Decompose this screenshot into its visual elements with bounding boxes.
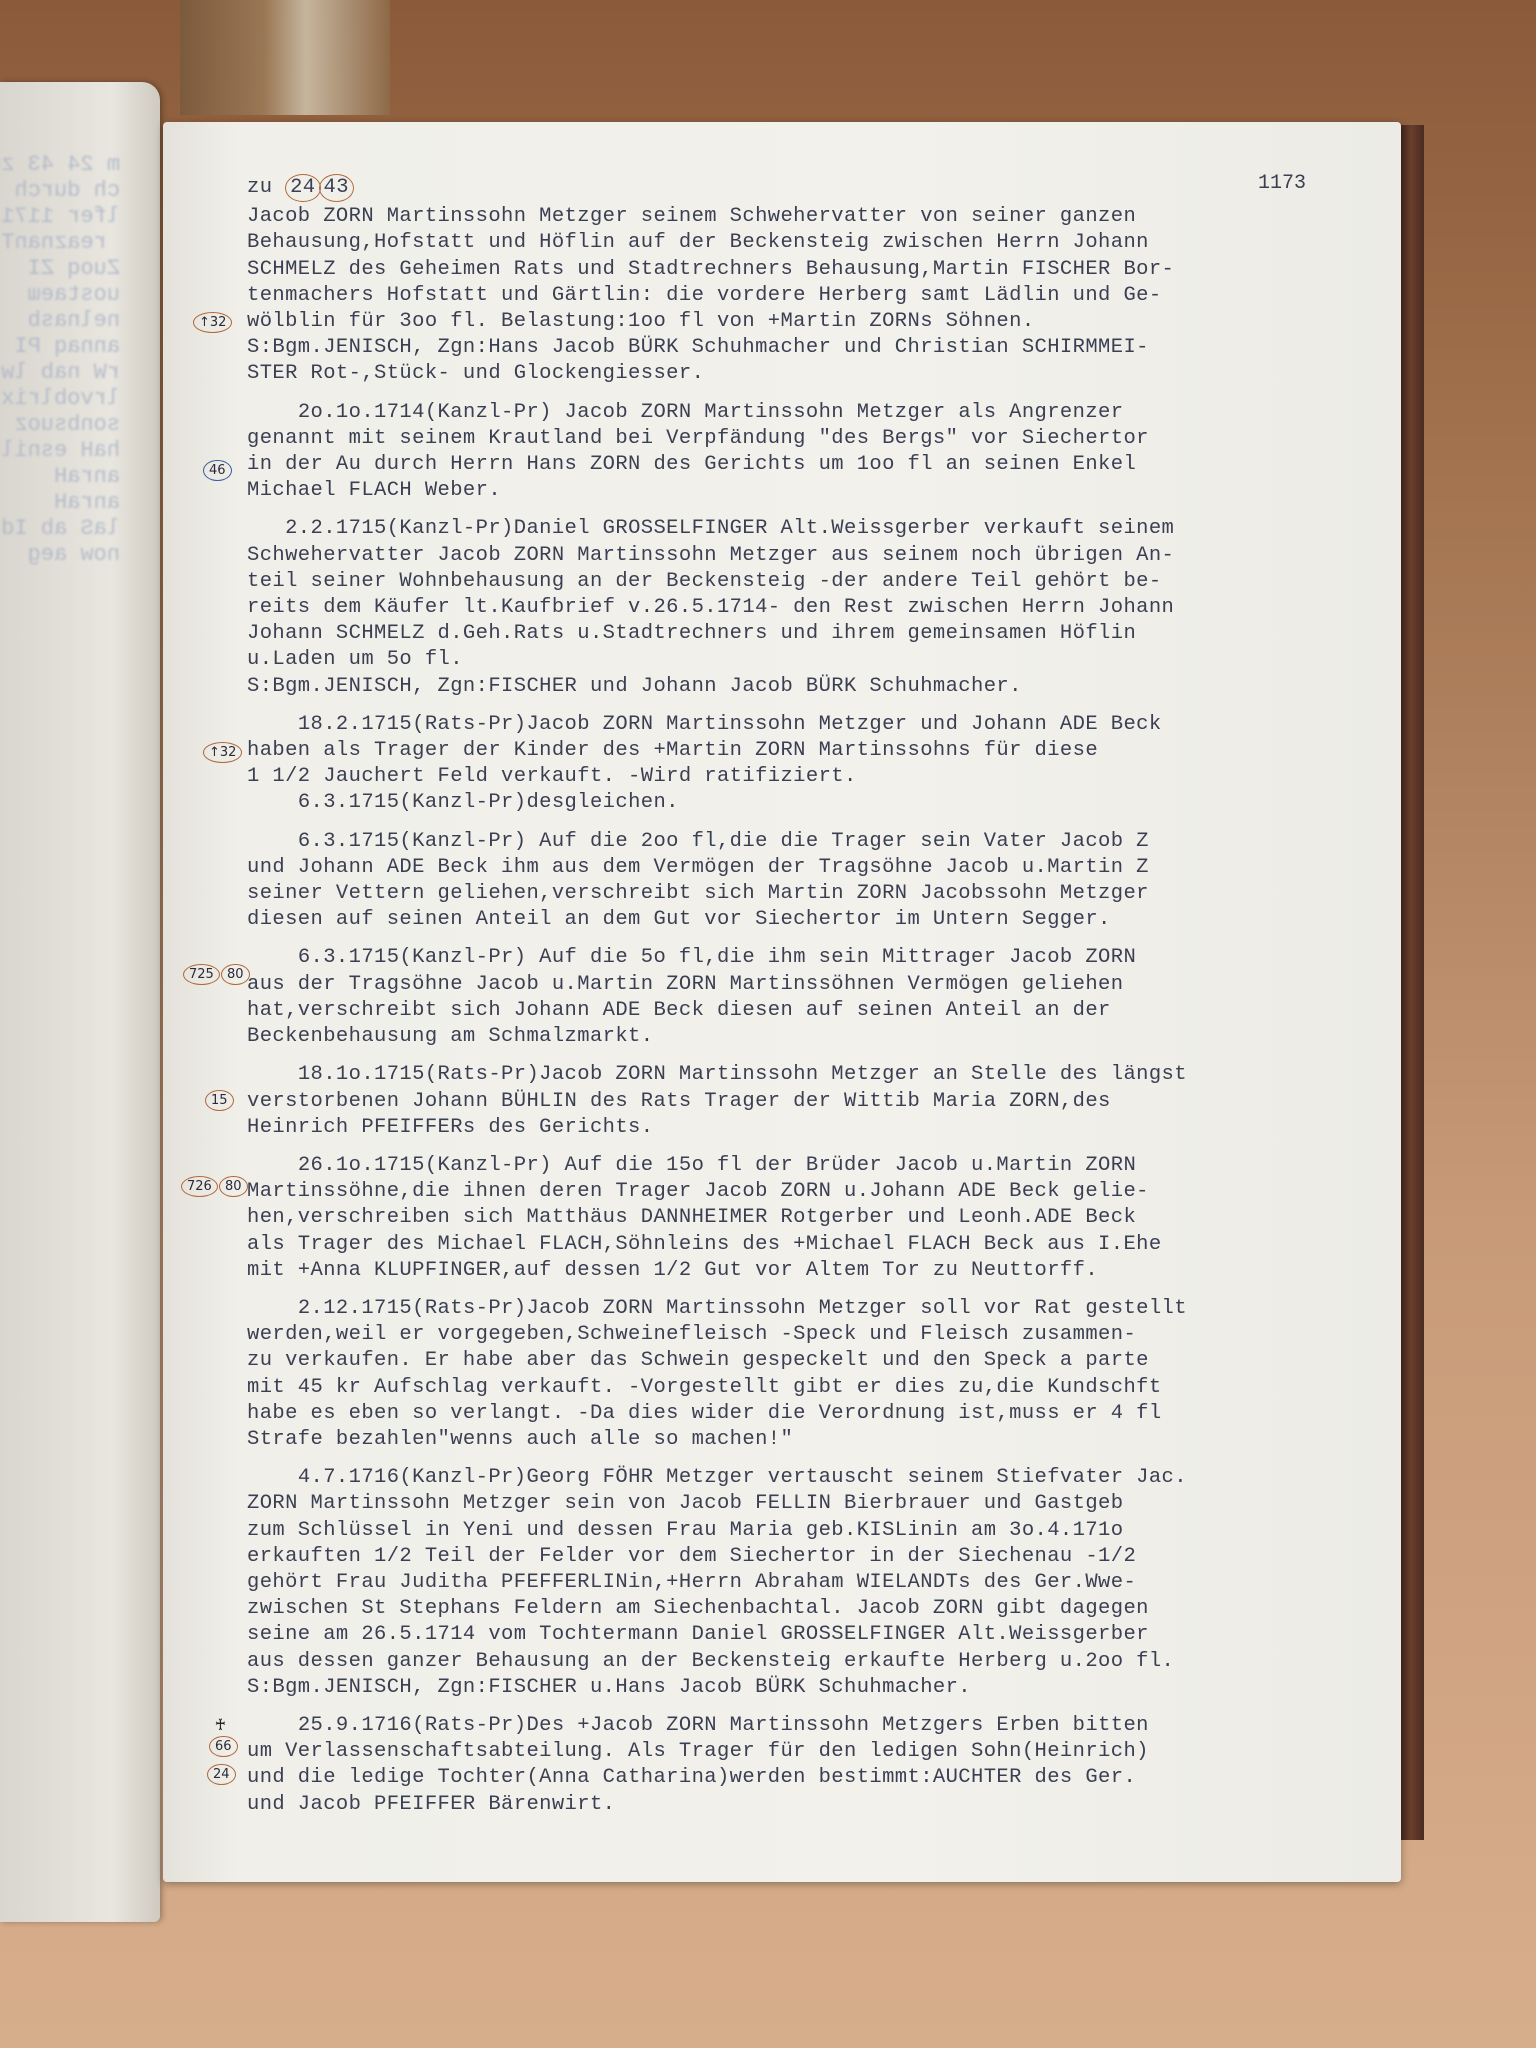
text-line: werden,weil er vorgegeben,Schweinefleisc… (247, 1322, 1397, 1348)
text-line: erkauften 1/2 Teil der Felder vor dem Si… (247, 1544, 1397, 1570)
text-line: Michael FLACH Weber. (247, 478, 1397, 504)
text-line: S:Bgm.JENISCH, Zgn:Hans Jacob BÜRK Schuh… (247, 335, 1397, 361)
entry-paragraph: 18.2.1715(Rats-Pr)Jacob ZORN Martinssohn… (247, 712, 1397, 817)
text-line: u.Laden um 5o fl. (247, 647, 1397, 673)
margin-note-ref: 725 (183, 964, 220, 985)
text-line: Schwehervatter Jacob ZORN Martinssohn Me… (247, 543, 1397, 569)
text-line: aus der Tragsöhne Jacob u.Martin ZORN Ma… (247, 972, 1397, 998)
header-ref-1: 24 (285, 174, 320, 202)
text-line: S:Bgm.JENISCH, Zgn:FISCHER und Johann Ja… (247, 674, 1397, 700)
text-line: zwischen St Stephans Feldern am Siechenb… (247, 1596, 1397, 1622)
text-line: 6.3.1715(Kanzl-Pr)desgleichen. (247, 790, 1397, 816)
left-page-bleedthrough-text: m 24 43 zu ch durch lfer 1171 reaznanT Z… (10, 152, 120, 568)
typed-text-body: zu 2443 Jacob ZORN Martinssohn Metzger s… (247, 174, 1397, 1830)
margin-note-ref: 80 (219, 1176, 248, 1197)
text-line: Heinrich PFEIFFERs des Gerichts. (247, 1115, 1397, 1141)
text-line: genannt mit seinem Krautland bei Verpfän… (247, 426, 1397, 452)
entry-paragraph: 6.3.1715(Kanzl-Pr) Auf die 5o fl,die ihm… (247, 945, 1397, 1050)
text-line: 2.2.1715(Kanzl-Pr)Daniel GROSSELFINGER A… (247, 516, 1397, 542)
text-line: Strafe bezahlen"wenns auch alle so mache… (247, 1427, 1397, 1453)
entry-paragraph: 6.3.1715(Kanzl-Pr) Auf die 2oo fl,die di… (247, 829, 1397, 934)
margin-note-ref: 15 (205, 1090, 234, 1111)
text-line: 2.12.1715(Rats-Pr)Jacob ZORN Martinssohn… (247, 1296, 1397, 1322)
cross-mark-icon: ♰ (215, 1714, 226, 1736)
margin-note-ref: 80 (221, 964, 250, 985)
margin-note-ref: ↑32 (193, 312, 232, 333)
text-line: und die ledige Tochter(Anna Catharina)we… (247, 1765, 1397, 1791)
text-line: ZORN Martinssohn Metzger sein von Jacob … (247, 1491, 1397, 1517)
text-line: Martinssöhne,die ihnen deren Trager Jaco… (247, 1179, 1397, 1205)
text-line: seine am 26.5.1714 vom Tochtermann Danie… (247, 1622, 1397, 1648)
text-line: SCHMELZ des Geheimen Rats und Stadtrechn… (247, 257, 1397, 283)
right-page: 1173 zu 2443 Jacob ZORN Martinssohn Metz… (163, 122, 1401, 1882)
entry-paragraph: 26.1o.1715(Kanzl-Pr) Auf die 15o fl der … (247, 1153, 1397, 1284)
text-line: 4.7.1716(Kanzl-Pr)Georg FÖHR Metzger ver… (247, 1465, 1397, 1491)
margin-note-ref: 66 (209, 1736, 238, 1757)
text-line: 26.1o.1715(Kanzl-Pr) Auf die 15o fl der … (247, 1153, 1397, 1179)
text-line: gehört Frau Juditha PFEFFERLINin,+Herrn … (247, 1570, 1397, 1596)
text-line: in der Au durch Herrn Hans ZORN des Geri… (247, 452, 1397, 478)
text-line: hat,verschreibt sich Johann ADE Beck die… (247, 998, 1397, 1024)
text-line: 25.9.1716(Rats-Pr)Des +Jacob ZORN Martin… (247, 1713, 1397, 1739)
entries: Jacob ZORN Martinssohn Metzger seinem Sc… (247, 204, 1397, 1818)
book-index-tabs (180, 0, 390, 115)
entry-paragraph: 25.9.1716(Rats-Pr)Des +Jacob ZORN Martin… (247, 1713, 1397, 1818)
text-line: habe es eben so verlangt. -Da dies wider… (247, 1401, 1397, 1427)
left-page: m 24 43 zu ch durch lfer 1171 reaznanT Z… (0, 82, 160, 1922)
text-line: haben als Trager der Kinder des +Martin … (247, 738, 1397, 764)
margin-note-ref: 46 (203, 460, 232, 481)
page-header: zu 2443 (247, 174, 1397, 202)
text-line: Johann SCHMELZ d.Geh.Rats u.Stadtrechner… (247, 621, 1397, 647)
text-line: um Verlassenschaftsabteilung. Als Trager… (247, 1739, 1397, 1765)
text-line: Jacob ZORN Martinssohn Metzger seinem Sc… (247, 204, 1397, 230)
text-line: 6.3.1715(Kanzl-Pr) Auf die 2oo fl,die di… (247, 829, 1397, 855)
margin-note-ref: ↑32 (203, 742, 242, 763)
text-line: mit 45 kr Aufschlag verkauft. -Vorgestel… (247, 1375, 1397, 1401)
text-line: und Johann ADE Beck ihm aus dem Vermögen… (247, 855, 1397, 881)
entry-paragraph: 2.2.1715(Kanzl-Pr)Daniel GROSSELFINGER A… (247, 516, 1397, 699)
text-line: als Trager des Michael FLACH,Söhnleins d… (247, 1232, 1397, 1258)
text-line: zum Schlüssel in Yeni und dessen Frau Ma… (247, 1518, 1397, 1544)
text-line: 6.3.1715(Kanzl-Pr) Auf die 5o fl,die ihm… (247, 945, 1397, 971)
text-line: STER Rot-,Stück- und Glockengiesser. (247, 361, 1397, 387)
text-line: verstorbenen Johann BÜHLIN des Rats Trag… (247, 1089, 1397, 1115)
text-line: diesen auf seinen Anteil an dem Gut vor … (247, 907, 1397, 933)
entry-paragraph: Jacob ZORN Martinssohn Metzger seinem Sc… (247, 204, 1397, 387)
text-line: mit +Anna KLUPFINGER,auf dessen 1/2 Gut … (247, 1258, 1397, 1284)
text-line: 2o.1o.1714(Kanzl-Pr) Jacob ZORN Martinss… (247, 400, 1397, 426)
text-line: seiner Vettern geliehen,verschreibt sich… (247, 881, 1397, 907)
margin-note-ref: 726 (181, 1176, 218, 1197)
text-line: 18.2.1715(Rats-Pr)Jacob ZORN Martinssohn… (247, 712, 1397, 738)
margin-note-ref: 24 (207, 1764, 236, 1785)
text-line: Behausung,Hofstatt und Höflin auf der Be… (247, 230, 1397, 256)
text-line: zu verkaufen. Er habe aber das Schwein g… (247, 1348, 1397, 1374)
text-line: S:Bgm.JENISCH, Zgn:FISCHER u.Hans Jacob … (247, 1675, 1397, 1701)
text-line: 18.1o.1715(Rats-Pr)Jacob ZORN Martinssoh… (247, 1062, 1397, 1088)
book-cover-edge (1398, 125, 1424, 1840)
text-line: Beckenbehausung am Schmalzmarkt. (247, 1024, 1397, 1050)
text-line: und Jacob PFEIFFER Bärenwirt. (247, 1792, 1397, 1818)
entry-paragraph: 4.7.1716(Kanzl-Pr)Georg FÖHR Metzger ver… (247, 1465, 1397, 1701)
header-ref-2: 43 (319, 174, 354, 202)
text-line: hen,verschreiben sich Matthäus DANNHEIME… (247, 1205, 1397, 1231)
text-line: reits dem Käufer lt.Kaufbrief v.26.5.171… (247, 595, 1397, 621)
header-prefix: zu (247, 176, 272, 199)
text-line: 1 1/2 Jauchert Feld verkauft. -Wird rati… (247, 764, 1397, 790)
entry-paragraph: 2o.1o.1714(Kanzl-Pr) Jacob ZORN Martinss… (247, 400, 1397, 505)
entry-paragraph: 18.1o.1715(Rats-Pr)Jacob ZORN Martinssoh… (247, 1062, 1397, 1141)
text-line: aus dessen ganzer Behausung an der Becke… (247, 1649, 1397, 1675)
entry-paragraph: 2.12.1715(Rats-Pr)Jacob ZORN Martinssohn… (247, 1296, 1397, 1453)
text-line: wölblin für 3oo fl. Belastung:1oo fl von… (247, 309, 1397, 335)
text-line: teil seiner Wohnbehausung an der Beckens… (247, 569, 1397, 595)
text-line: tenmachers Hofstatt und Gärtlin: die vor… (247, 283, 1397, 309)
